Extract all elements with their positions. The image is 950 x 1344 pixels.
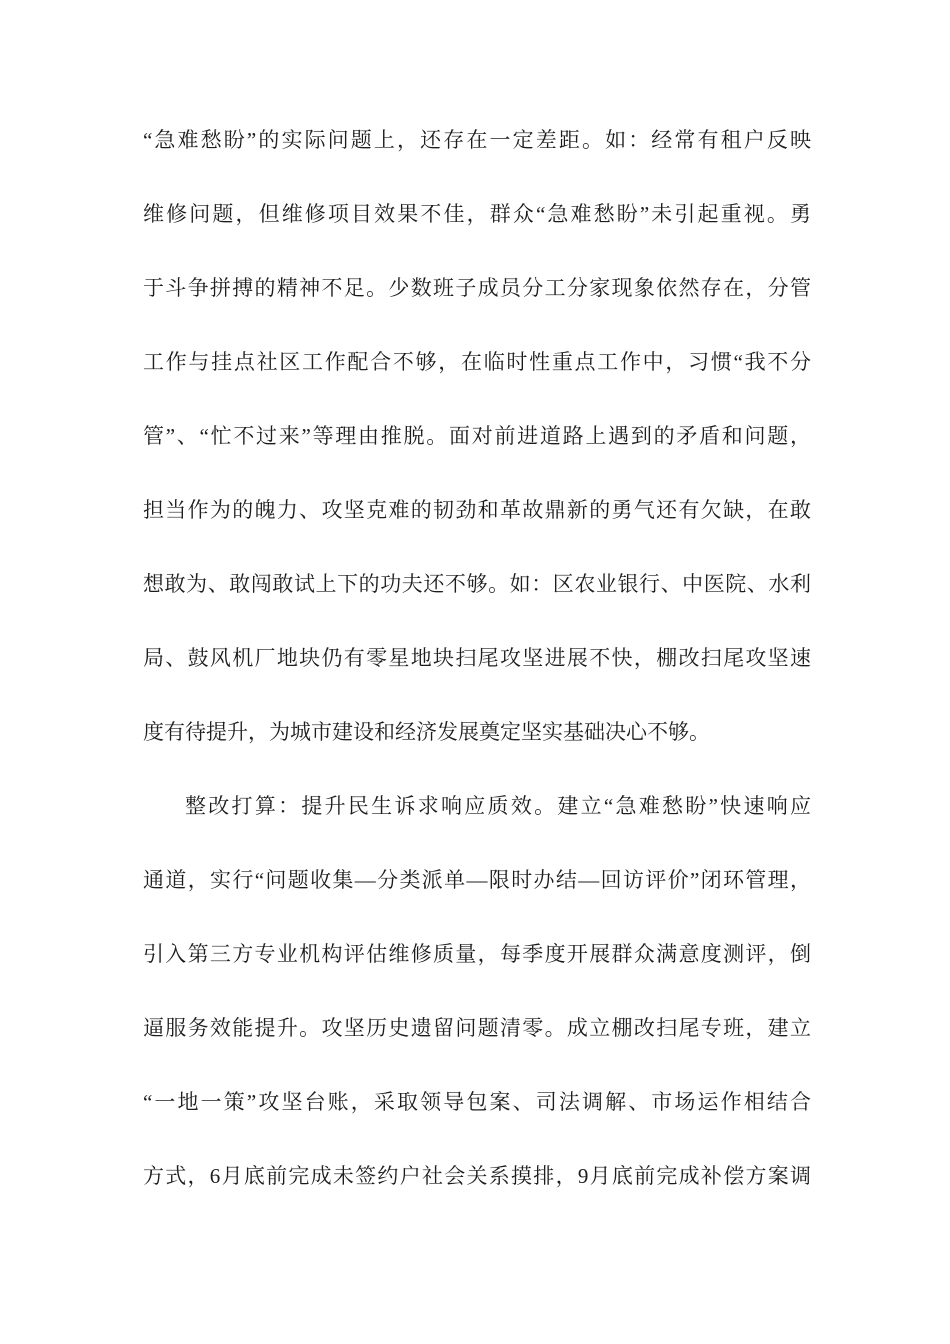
text-line: 度有待提升，为城市建设和经济发展奠定坚实基础决心不够。 [143, 695, 811, 769]
text-line: 引入第三方专业机构评估维修质量，每季度开展群众满意度测评，倒 [143, 917, 811, 991]
text-line: 维修问题，但维修项目效果不佳，群众“急难愁盼”未引起重视。勇 [143, 177, 811, 251]
text-line: “急难愁盼”的实际问题上，还存在一定差距。如：经常有租户反映 [143, 103, 811, 177]
document-text: “急难愁盼”的实际问题上，还存在一定差距。如：经常有租户反映维修问题，但维修项目… [143, 103, 811, 1213]
text-line: “一地一策”攻坚台账，采取领导包案、司法调解、市场运作相结合 [143, 1065, 811, 1139]
text-line: 整改打算：提升民生诉求响应质效。建立“急难愁盼”快速响应 [143, 769, 811, 843]
text-line: 想敢为、敢闯敢试上下的功夫还不够。如：区农业银行、中医院、水利 [143, 547, 811, 621]
text-line: 管”、“忙不过来”等理由推脱。面对前进道路上遇到的矛盾和问题， [143, 399, 811, 473]
text-line: 于斗争拼搏的精神不足。少数班子成员分工分家现象依然存在，分管 [143, 251, 811, 325]
document-page: “急难愁盼”的实际问题上，还存在一定差距。如：经常有租户反映维修问题，但维修项目… [0, 0, 950, 1344]
text-line: 通道，实行“问题收集—分类派单—限时办结—回访评价”闭环管理， [143, 843, 811, 917]
text-line: 方式，6月底前完成未签约户社会关系摸排，9月底前完成补偿方案调 [143, 1139, 811, 1213]
text-line: 工作与挂点社区工作配合不够，在临时性重点工作中，习惯“我不分 [143, 325, 811, 399]
text-line: 担当作为的魄力、攻坚克难的韧劲和革故鼎新的勇气还有欠缺，在敢 [143, 473, 811, 547]
text-line: 逼服务效能提升。攻坚历史遗留问题清零。成立棚改扫尾专班，建立 [143, 991, 811, 1065]
text-line: 局、鼓风机厂地块仍有零星地块扫尾攻坚进展不快，棚改扫尾攻坚速 [143, 621, 811, 695]
